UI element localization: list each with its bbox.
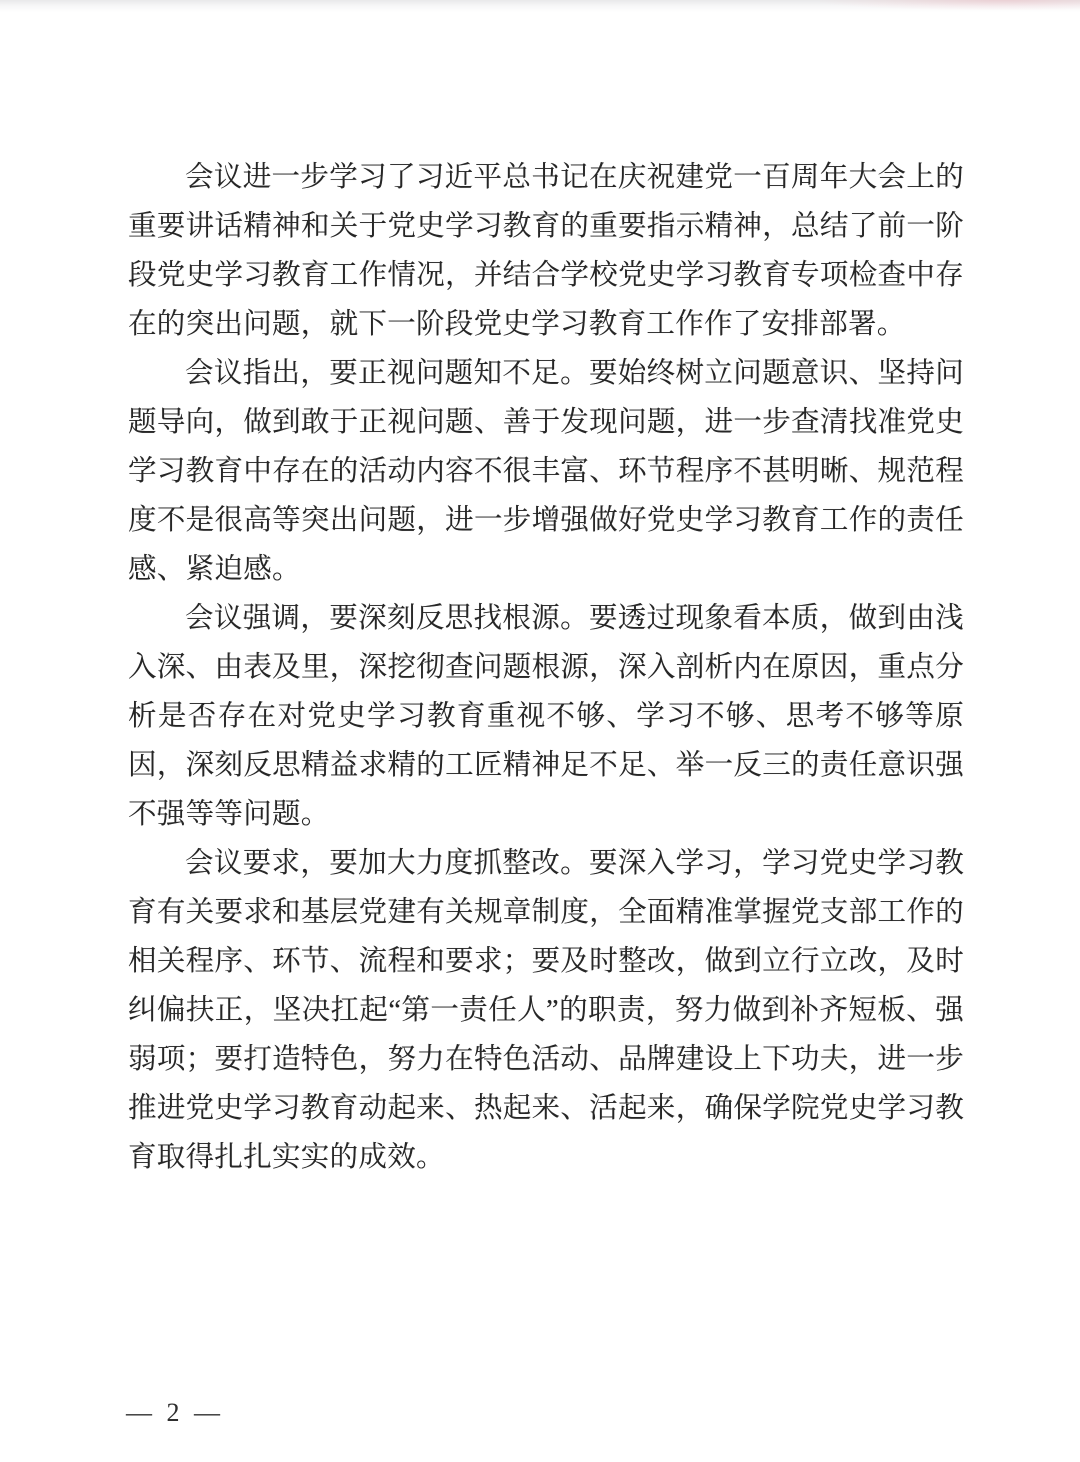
paragraph-meeting-required: 会议要求，要加大力度抓整改。要深入学习，学习党史学习教育有关要求和基层党建有关规… — [128, 839, 964, 1182]
paragraph-meeting-emphasized: 会议强调，要深刻反思找根源。要透过现象看本质，做到由浅入深、由表及里，深挖彻查问… — [128, 594, 964, 839]
scanned-document-page: 会议进一步学习了习近平总书记在庆祝建党一百周年大会上的重要讲话精神和关于党史学习… — [0, 0, 1080, 1462]
scan-top-edge — [0, 0, 1080, 12]
document-text-block: 会议进一步学习了习近平总书记在庆祝建党一百周年大会上的重要讲话精神和关于党史学习… — [128, 153, 964, 1182]
paragraph-meeting-studied: 会议进一步学习了习近平总书记在庆祝建党一百周年大会上的重要讲话精神和关于党史学习… — [128, 153, 964, 349]
paragraph-meeting-pointed-out: 会议指出，要正视问题知不足。要始终树立问题意识、坚持问题导向，做到敢于正视问题、… — [128, 349, 964, 594]
page-number: — 2 — — [126, 1398, 224, 1428]
